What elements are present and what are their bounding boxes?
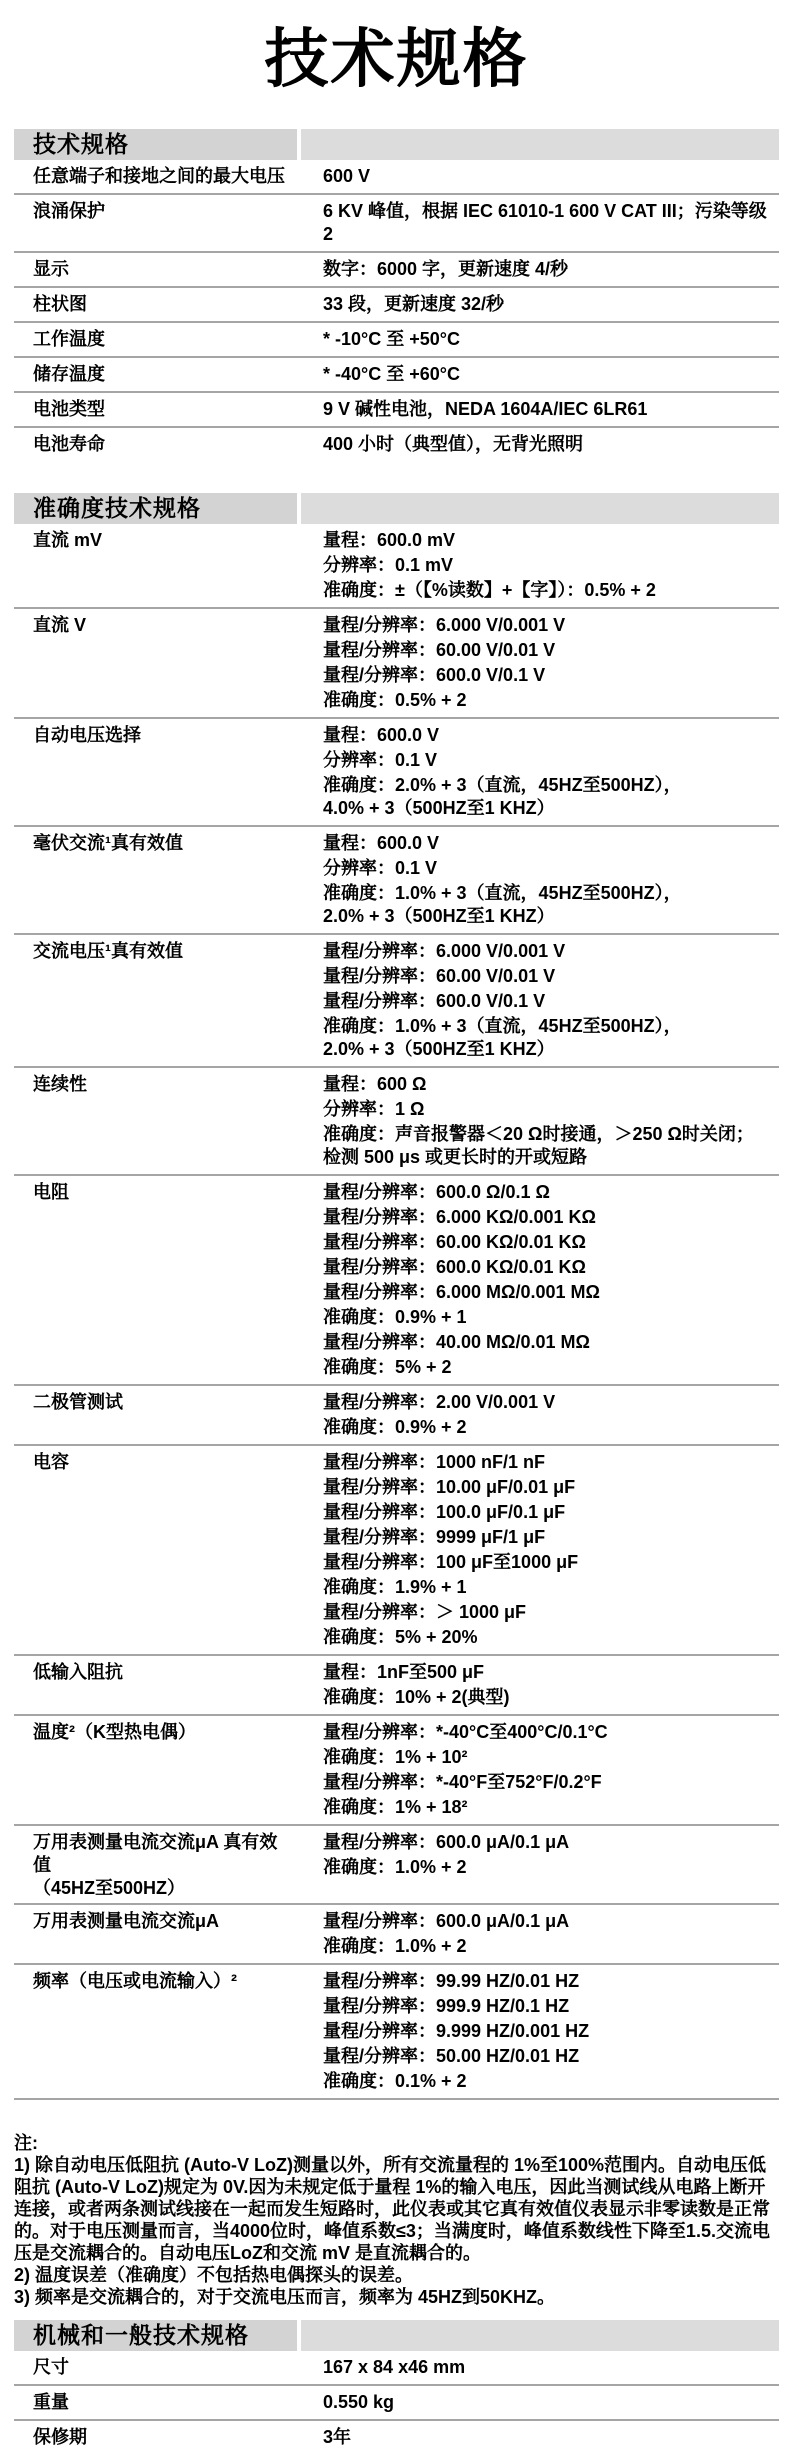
row-value: 3年: [301, 2424, 779, 2451]
row-value-line: 量程/分辨率：100.0 μF/0.1 μF: [323, 1501, 777, 1524]
spec-row: 尺寸167 x 84 x46 mm: [14, 2351, 779, 2384]
row-value-line: 量程：600 Ω: [323, 1073, 777, 1096]
row-value-line: 量程/分辨率：600.0 V/0.1 V: [323, 664, 777, 687]
row-value-line: 量程/分辨率：50.00 HZ/0.01 HZ: [323, 2045, 777, 2068]
row-value-line: 量程/分辨率：6.000 KΩ/0.001 KΩ: [323, 1206, 777, 1229]
row-value-line: 量程/分辨率：1000 nF/1 nF: [323, 1451, 777, 1474]
row-value-line: 6 KV 峰值，根据 IEC 61010-1 600 V CAT III；污染等…: [323, 200, 777, 246]
row-value-line: 0.550 kg: [323, 2391, 777, 2414]
row-value: 量程/分辨率：6.000 V/0.001 V量程/分辨率：60.00 V/0.0…: [301, 938, 779, 1063]
spec-row: 浪涌保护6 KV 峰值，根据 IEC 61010-1 600 V CAT III…: [14, 193, 779, 251]
spec-document: 技术规格 技术规格 任意端子和接地之间的最大电压600 V浪涌保护6 KV 峰值…: [0, 26, 790, 2453]
row-value: 量程/分辨率：600.0 μA/0.1 μA准确度：1.0% + 2: [301, 1908, 779, 1960]
row-label: 电池寿命: [14, 431, 301, 458]
row-value-line: 准确度：1.0% + 3（直流，45HZ至500HZ）， 2.0% + 3（50…: [323, 882, 777, 928]
row-value-line: 量程/分辨率：6.000 V/0.001 V: [323, 614, 777, 637]
spec-row: 交流电压¹真有效值量程/分辨率：6.000 V/0.001 V量程/分辨率：60…: [14, 933, 779, 1066]
row-label: 万用表测量电流交流μA: [14, 1908, 301, 1960]
spec-rows-general: 任意端子和接地之间的最大电压600 V浪涌保护6 KV 峰值，根据 IEC 61…: [14, 160, 779, 461]
spec-row: 直流 mV量程：600.0 mV分辨率：0.1 mV准确度：±（【%读数】+【字…: [14, 524, 779, 607]
row-label: 电容: [14, 1449, 301, 1651]
spec-row: 柱状图33 段，更新速度 32/秒: [14, 286, 779, 321]
spec-row: 万用表测量电流交流μA 真有效值 （45HZ至500HZ）量程/分辨率：600.…: [14, 1824, 779, 1903]
row-value-line: 量程/分辨率：60.00 KΩ/0.01 KΩ: [323, 1231, 777, 1254]
row-label: 工作温度: [14, 326, 301, 353]
row-value-line: 准确度：0.9% + 2: [323, 1416, 777, 1439]
row-value: 0.550 kg: [301, 2389, 779, 2416]
row-label: 频率（电压或电流输入）²: [14, 1968, 301, 2095]
row-label: 电池类型: [14, 396, 301, 423]
row-value: 量程：600 Ω分辨率：1 Ω准确度：声音报警器＜20 Ω时接通，＞250 Ω时…: [301, 1071, 779, 1171]
row-label: 直流 mV: [14, 527, 301, 604]
row-value: 数字：6000 字，更新速度 4/秒: [301, 256, 779, 283]
row-value-line: 准确度：1.0% + 3（直流，45HZ至500HZ）， 2.0% + 3（50…: [323, 1015, 777, 1061]
row-value-line: 准确度：0.5% + 2: [323, 689, 777, 712]
row-value-line: 600 V: [323, 165, 777, 188]
note-item-3: 3) 频率是交流耦合的，对于交流电压而言，频率为 45HZ到50KHZ。: [14, 2286, 779, 2308]
row-value-line: 量程/分辨率：600.0 V/0.1 V: [323, 990, 777, 1013]
section-header-accuracy: 准确度技术规格: [14, 493, 779, 524]
row-label: 温度²（K型热电偶）: [14, 1719, 301, 1821]
row-label: 储存温度: [14, 361, 301, 388]
row-value: * -10°C 至 +50°C: [301, 326, 779, 353]
row-value-line: 量程/分辨率：999.9 HZ/0.1 HZ: [323, 1995, 777, 2018]
row-value-line: 准确度：1.0% + 2: [323, 1935, 777, 1958]
row-value-line: 准确度：2.0% + 3（直流，45HZ至500HZ）， 4.0% + 3（50…: [323, 774, 777, 820]
row-value-line: 量程/分辨率：*-40°C至400°C/0.1°C: [323, 1721, 777, 1744]
row-value-line: 准确度：1.0% + 2: [323, 1856, 777, 1879]
row-value: 量程/分辨率：1000 nF/1 nF量程/分辨率：10.00 μF/0.01 …: [301, 1449, 779, 1651]
row-value-line: 量程/分辨率：6.000 MΩ/0.001 MΩ: [323, 1281, 777, 1304]
spec-row: 频率（电压或电流输入）²量程/分辨率：99.99 HZ/0.01 HZ量程/分辨…: [14, 1963, 779, 2098]
row-value-line: 量程/分辨率：9.999 HZ/0.001 HZ: [323, 2020, 777, 2043]
section-header-label: 技术规格: [14, 129, 297, 160]
row-label: 重量: [14, 2389, 301, 2416]
row-value-line: 量程/分辨率：600.0 KΩ/0.01 KΩ: [323, 1256, 777, 1279]
section-header-mechanical: 机械和一般技术规格: [14, 2320, 779, 2351]
spec-row: 保修期3年: [14, 2419, 779, 2453]
row-value: 量程/分辨率：600.0 μA/0.1 μA准确度：1.0% + 2: [301, 1829, 779, 1900]
row-value-line: 分辨率：0.1 mV: [323, 554, 777, 577]
section-header-label: 机械和一般技术规格: [14, 2320, 297, 2351]
row-value-line: 量程/分辨率：60.00 V/0.01 V: [323, 965, 777, 988]
row-value-line: 准确度：1% + 18²: [323, 1796, 777, 1819]
spec-row: 显示数字：6000 字，更新速度 4/秒: [14, 251, 779, 286]
row-value-line: 准确度：0.1% + 2: [323, 2070, 777, 2093]
spec-row: 直流 V量程/分辨率：6.000 V/0.001 V量程/分辨率：60.00 V…: [14, 607, 779, 717]
spec-table-general: 技术规格 任意端子和接地之间的最大电压600 V浪涌保护6 KV 峰值，根据 I…: [14, 129, 779, 461]
row-value-line: * -10°C 至 +50°C: [323, 328, 777, 351]
spec-table-accuracy: 准确度技术规格 直流 mV量程：600.0 mV分辨率：0.1 mV准确度：±（…: [14, 493, 779, 2100]
row-value-line: 量程/分辨率：600.0 μA/0.1 μA: [323, 1910, 777, 1933]
section-header-spacer: [301, 2320, 779, 2351]
row-value-line: 33 段，更新速度 32/秒: [323, 293, 777, 316]
row-value-line: 量程/分辨率：*-40°F至752°F/0.2°F: [323, 1771, 777, 1794]
row-value-line: 400 小时（典型值），无背光照明: [323, 433, 777, 456]
row-value-line: 量程/分辨率：9999 μF/1 μF: [323, 1526, 777, 1549]
row-value-line: 量程/分辨率：6.000 V/0.001 V: [323, 940, 777, 963]
row-value: 量程/分辨率：600.0 Ω/0.1 Ω量程/分辨率：6.000 KΩ/0.00…: [301, 1179, 779, 1381]
row-value-line: 准确度：10% + 2(典型): [323, 1686, 777, 1709]
spec-table-mechanical: 机械和一般技术规格 尺寸167 x 84 x46 mm重量0.550 kg保修期…: [14, 2320, 779, 2453]
row-value-line: 3年: [323, 2426, 777, 2449]
row-value-line: 量程/分辨率：99.99 HZ/0.01 HZ: [323, 1970, 777, 1993]
row-value-line: 准确度：声音报警器＜20 Ω时接通，＞250 Ω时关闭； 检测 500 μs 或…: [323, 1123, 777, 1169]
row-value-line: 准确度：5% + 2: [323, 1356, 777, 1379]
row-value: 量程/分辨率：2.00 V/0.001 V准确度：0.9% + 2: [301, 1389, 779, 1441]
spec-row: 万用表测量电流交流μA量程/分辨率：600.0 μA/0.1 μA准确度：1.0…: [14, 1903, 779, 1963]
row-value: 33 段，更新速度 32/秒: [301, 291, 779, 318]
row-value: 600 V: [301, 163, 779, 190]
row-value: 400 小时（典型值），无背光照明: [301, 431, 779, 458]
spec-row: 储存温度* -40°C 至 +60°C: [14, 356, 779, 391]
row-label: 毫伏交流¹真有效值: [14, 830, 301, 930]
spec-row: 重量0.550 kg: [14, 2384, 779, 2419]
spec-row: 低输入阻抗量程：1nF至500 μF准确度：10% + 2(典型): [14, 1654, 779, 1714]
section-header-spacer: [301, 493, 779, 524]
notes-title: 注:: [14, 2132, 779, 2154]
row-label: 自动电压选择: [14, 722, 301, 822]
row-label: 任意端子和接地之间的最大电压: [14, 163, 301, 190]
row-value: * -40°C 至 +60°C: [301, 361, 779, 388]
row-value: 6 KV 峰值，根据 IEC 61010-1 600 V CAT III；污染等…: [301, 198, 779, 248]
spec-row: 电池类型9 V 碱性电池，NEDA 1604A/IEC 6LR61: [14, 391, 779, 426]
row-value: 量程/分辨率：*-40°C至400°C/0.1°C准确度：1% + 10²量程/…: [301, 1719, 779, 1821]
row-value-line: 分辨率：0.1 V: [323, 857, 777, 880]
row-value-line: 量程/分辨率：600.0 μA/0.1 μA: [323, 1831, 777, 1854]
section-header-general: 技术规格: [14, 129, 779, 160]
row-label: 交流电压¹真有效值: [14, 938, 301, 1063]
row-value-line: 量程/分辨率：2.00 V/0.001 V: [323, 1391, 777, 1414]
row-value: 167 x 84 x46 mm: [301, 2354, 779, 2381]
row-label: 万用表测量电流交流μA 真有效值 （45HZ至500HZ）: [14, 1829, 301, 1900]
row-value-line: * -40°C 至 +60°C: [323, 363, 777, 386]
spec-row: 任意端子和接地之间的最大电压600 V: [14, 160, 779, 193]
row-value-line: 准确度：5% + 20%: [323, 1626, 777, 1649]
row-value: 量程：600.0 mV分辨率：0.1 mV准确度：±（【%读数】+【字】）：0.…: [301, 527, 779, 604]
spec-row: 温度²（K型热电偶）量程/分辨率：*-40°C至400°C/0.1°C准确度：1…: [14, 1714, 779, 1824]
row-value-line: 量程/分辨率：40.00 MΩ/0.01 MΩ: [323, 1331, 777, 1354]
row-value: 量程/分辨率：99.99 HZ/0.01 HZ量程/分辨率：999.9 HZ/0…: [301, 1968, 779, 2095]
row-value-line: 量程：1nF至500 μF: [323, 1661, 777, 1684]
row-value-line: 量程：600.0 V: [323, 832, 777, 855]
row-value-line: 量程/分辨率：＞ 1000 μF: [323, 1601, 777, 1624]
row-value: 量程：600.0 V分辨率：0.1 V准确度：2.0% + 3（直流，45HZ至…: [301, 722, 779, 822]
row-label: 直流 V: [14, 612, 301, 714]
row-value-line: 量程：600.0 mV: [323, 529, 777, 552]
spec-rows-mechanical: 尺寸167 x 84 x46 mm重量0.550 kg保修期3年: [14, 2351, 779, 2453]
row-value-line: 量程/分辨率：10.00 μF/0.01 μF: [323, 1476, 777, 1499]
row-label: 柱状图: [14, 291, 301, 318]
note-item-1: 1) 除自动电压低阻抗 (Auto-V LoZ)测量以外，所有交流量程的 1%至…: [14, 2154, 779, 2264]
row-value-line: 量程：600.0 V: [323, 724, 777, 747]
row-value-line: 分辨率：1 Ω: [323, 1098, 777, 1121]
row-value-line: 167 x 84 x46 mm: [323, 2356, 777, 2379]
spec-row: 工作温度* -10°C 至 +50°C: [14, 321, 779, 356]
row-label: 二极管测试: [14, 1389, 301, 1441]
row-value-line: 准确度：±（【%读数】+【字】）：0.5% + 2: [323, 579, 777, 602]
row-value: 量程：1nF至500 μF准确度：10% + 2(典型): [301, 1659, 779, 1711]
row-label: 尺寸: [14, 2354, 301, 2381]
row-value-line: 量程/分辨率：60.00 V/0.01 V: [323, 639, 777, 662]
spec-row: 电池寿命400 小时（典型值），无背光照明: [14, 426, 779, 461]
row-value-line: 分辨率：0.1 V: [323, 749, 777, 772]
spec-row: 毫伏交流¹真有效值量程：600.0 V分辨率：0.1 V准确度：1.0% + 3…: [14, 825, 779, 933]
row-value-line: 准确度：1.9% + 1: [323, 1576, 777, 1599]
row-value-line: 量程/分辨率：100 μF至1000 μF: [323, 1551, 777, 1574]
row-value-line: 准确度：0.9% + 1: [323, 1306, 777, 1329]
row-value: 量程：600.0 V分辨率：0.1 V准确度：1.0% + 3（直流，45HZ至…: [301, 830, 779, 930]
row-label: 电阻: [14, 1179, 301, 1381]
row-value: 量程/分辨率：6.000 V/0.001 V量程/分辨率：60.00 V/0.0…: [301, 612, 779, 714]
spec-row: 二极管测试量程/分辨率：2.00 V/0.001 V准确度：0.9% + 2: [14, 1384, 779, 1444]
spec-row: 电阻量程/分辨率：600.0 Ω/0.1 Ω量程/分辨率：6.000 KΩ/0.…: [14, 1174, 779, 1384]
row-value-line: 准确度：1% + 10²: [323, 1746, 777, 1769]
row-value: 9 V 碱性电池，NEDA 1604A/IEC 6LR61: [301, 396, 779, 423]
row-label: 显示: [14, 256, 301, 283]
row-value-line: 数字：6000 字，更新速度 4/秒: [323, 258, 777, 281]
spec-row: 电容量程/分辨率：1000 nF/1 nF量程/分辨率：10.00 μF/0.0…: [14, 1444, 779, 1654]
page-title: 技术规格: [14, 26, 779, 93]
spec-rows-accuracy: 直流 mV量程：600.0 mV分辨率：0.1 mV准确度：±（【%读数】+【字…: [14, 524, 779, 2098]
note-item-2: 2) 温度误差（准确度）不包括热电偶探头的误差。: [14, 2264, 779, 2286]
row-value-line: 量程/分辨率：600.0 Ω/0.1 Ω: [323, 1181, 777, 1204]
section-header-label: 准确度技术规格: [14, 493, 297, 524]
row-label: 浪涌保护: [14, 198, 301, 248]
notes-section: 注: 1) 除自动电压低阻抗 (Auto-V LoZ)测量以外，所有交流量程的 …: [14, 2132, 779, 2308]
row-label: 保修期: [14, 2424, 301, 2451]
row-label: 低输入阻抗: [14, 1659, 301, 1711]
row-label: 连续性: [14, 1071, 301, 1171]
row-value-line: 9 V 碱性电池，NEDA 1604A/IEC 6LR61: [323, 398, 777, 421]
spec-row: 连续性量程：600 Ω分辨率：1 Ω准确度：声音报警器＜20 Ω时接通，＞250…: [14, 1066, 779, 1174]
section-header-spacer: [301, 129, 779, 160]
spec-row: 自动电压选择量程：600.0 V分辨率：0.1 V准确度：2.0% + 3（直流…: [14, 717, 779, 825]
